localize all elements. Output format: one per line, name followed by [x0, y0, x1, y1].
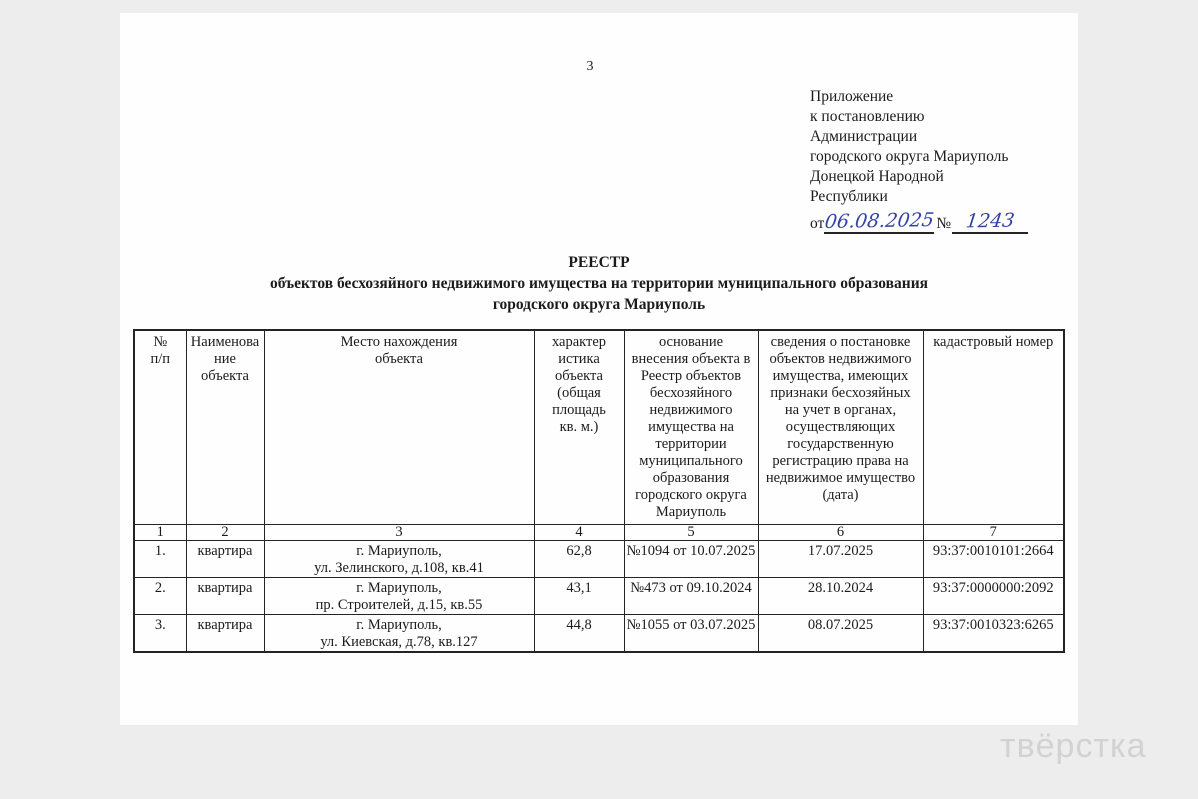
basis-cell: №1094 от 10.07.2025 — [624, 540, 758, 577]
basis-cell: №473 от 09.10.2024 — [624, 577, 758, 614]
object-name-cell: квартира — [186, 577, 264, 614]
title-line-3: городского округа Мариуполь — [120, 294, 1078, 315]
col-header-location: Место нахождения объекта — [264, 330, 534, 524]
row-index-cell: 1. — [134, 540, 186, 577]
col-header-area: характер истика объекта (общая площадь к… — [534, 330, 624, 524]
annex-header-block: Приложение к постановлению Администрации… — [810, 87, 1078, 234]
object-name-cell: квартира — [186, 540, 264, 577]
cadastral-number-cell: 93:37:0000000:2092 — [923, 577, 1064, 614]
column-number: 2 — [186, 524, 264, 540]
col-header-index: № п/п — [134, 330, 186, 524]
col-header-cadastral-number: кадастровый номер — [923, 330, 1064, 524]
table-row: 3. квартира г. Мариуполь, ул. Киевская, … — [134, 614, 1064, 652]
registry-table: № п/п Наименова ние объекта Место нахожд… — [133, 329, 1065, 653]
cadastral-number-cell: 93:37:0010101:2664 — [923, 540, 1064, 577]
table-header-row: № п/п Наименова ние объекта Место нахожд… — [134, 330, 1064, 524]
area-cell: 44,8 — [534, 614, 624, 652]
column-number: 6 — [758, 524, 923, 540]
area-cell: 43,1 — [534, 577, 624, 614]
table-row: 1. квартира г. Мариуполь, ул. Зелинского… — [134, 540, 1064, 577]
annex-line: Приложение — [810, 87, 1078, 107]
basis-cell: №1055 от 03.07.2025 — [624, 614, 758, 652]
column-number: 3 — [264, 524, 534, 540]
location-cell: г. Мариуполь, ул. Киевская, д.78, кв.127 — [264, 614, 534, 652]
registration-date-cell: 08.07.2025 — [758, 614, 923, 652]
scanned-document-view: { "page_number": "3", "annex": { "lines"… — [0, 0, 1198, 799]
column-number: 7 — [923, 524, 1064, 540]
table-row: 2. квартира г. Мариуполь, пр. Строителей… — [134, 577, 1064, 614]
document-page: 3 Приложение к постановлению Администрац… — [120, 13, 1078, 725]
annex-line: Администрации — [810, 127, 1078, 147]
col-header-registration-info: сведения о постановке объектов недвижимо… — [758, 330, 923, 524]
object-name-cell: квартира — [186, 614, 264, 652]
number-underline: 1243 — [952, 210, 1028, 234]
handwritten-date: 06.08.2025 — [823, 209, 935, 233]
date-underline: 06.08.2025 — [824, 210, 934, 234]
annex-line: Донецкой Народной — [810, 167, 1078, 187]
annex-date-number-line: от 06.08.2025 № 1243 — [810, 208, 1078, 234]
registration-date-cell: 28.10.2024 — [758, 577, 923, 614]
area-cell: 62,8 — [534, 540, 624, 577]
location-cell: г. Мариуполь, ул. Зелинского, д.108, кв.… — [264, 540, 534, 577]
col-header-basis: основание внесения объекта в Реестр объе… — [624, 330, 758, 524]
column-numbering-row: 1 2 3 4 5 6 7 — [134, 524, 1064, 540]
column-number: 4 — [534, 524, 624, 540]
annex-line: Республики — [810, 187, 1078, 207]
annex-line: к постановлению — [810, 107, 1078, 127]
annex-line: городского округа Мариуполь — [810, 147, 1078, 167]
page-number: 3 — [580, 59, 600, 75]
registration-date-cell: 17.07.2025 — [758, 540, 923, 577]
column-number: 1 — [134, 524, 186, 540]
location-cell: г. Мариуполь, пр. Строителей, д.15, кв.5… — [264, 577, 534, 614]
column-number: 5 — [624, 524, 758, 540]
title-line-2: объектов бесхозяйного недвижимого имущес… — [120, 273, 1078, 294]
number-label: № — [936, 214, 951, 234]
verstka-watermark: твёрстка — [1000, 727, 1147, 766]
row-index-cell: 2. — [134, 577, 186, 614]
document-title: РЕЕСТР объектов бесхозяйного недвижимого… — [120, 252, 1078, 315]
handwritten-number: 1243 — [965, 210, 1016, 233]
title-line-1: РЕЕСТР — [120, 252, 1078, 273]
date-label: от — [810, 214, 824, 234]
cadastral-number-cell: 93:37:0010323:6265 — [923, 614, 1064, 652]
row-index-cell: 3. — [134, 614, 186, 652]
col-header-object-name: Наименова ние объекта — [186, 330, 264, 524]
